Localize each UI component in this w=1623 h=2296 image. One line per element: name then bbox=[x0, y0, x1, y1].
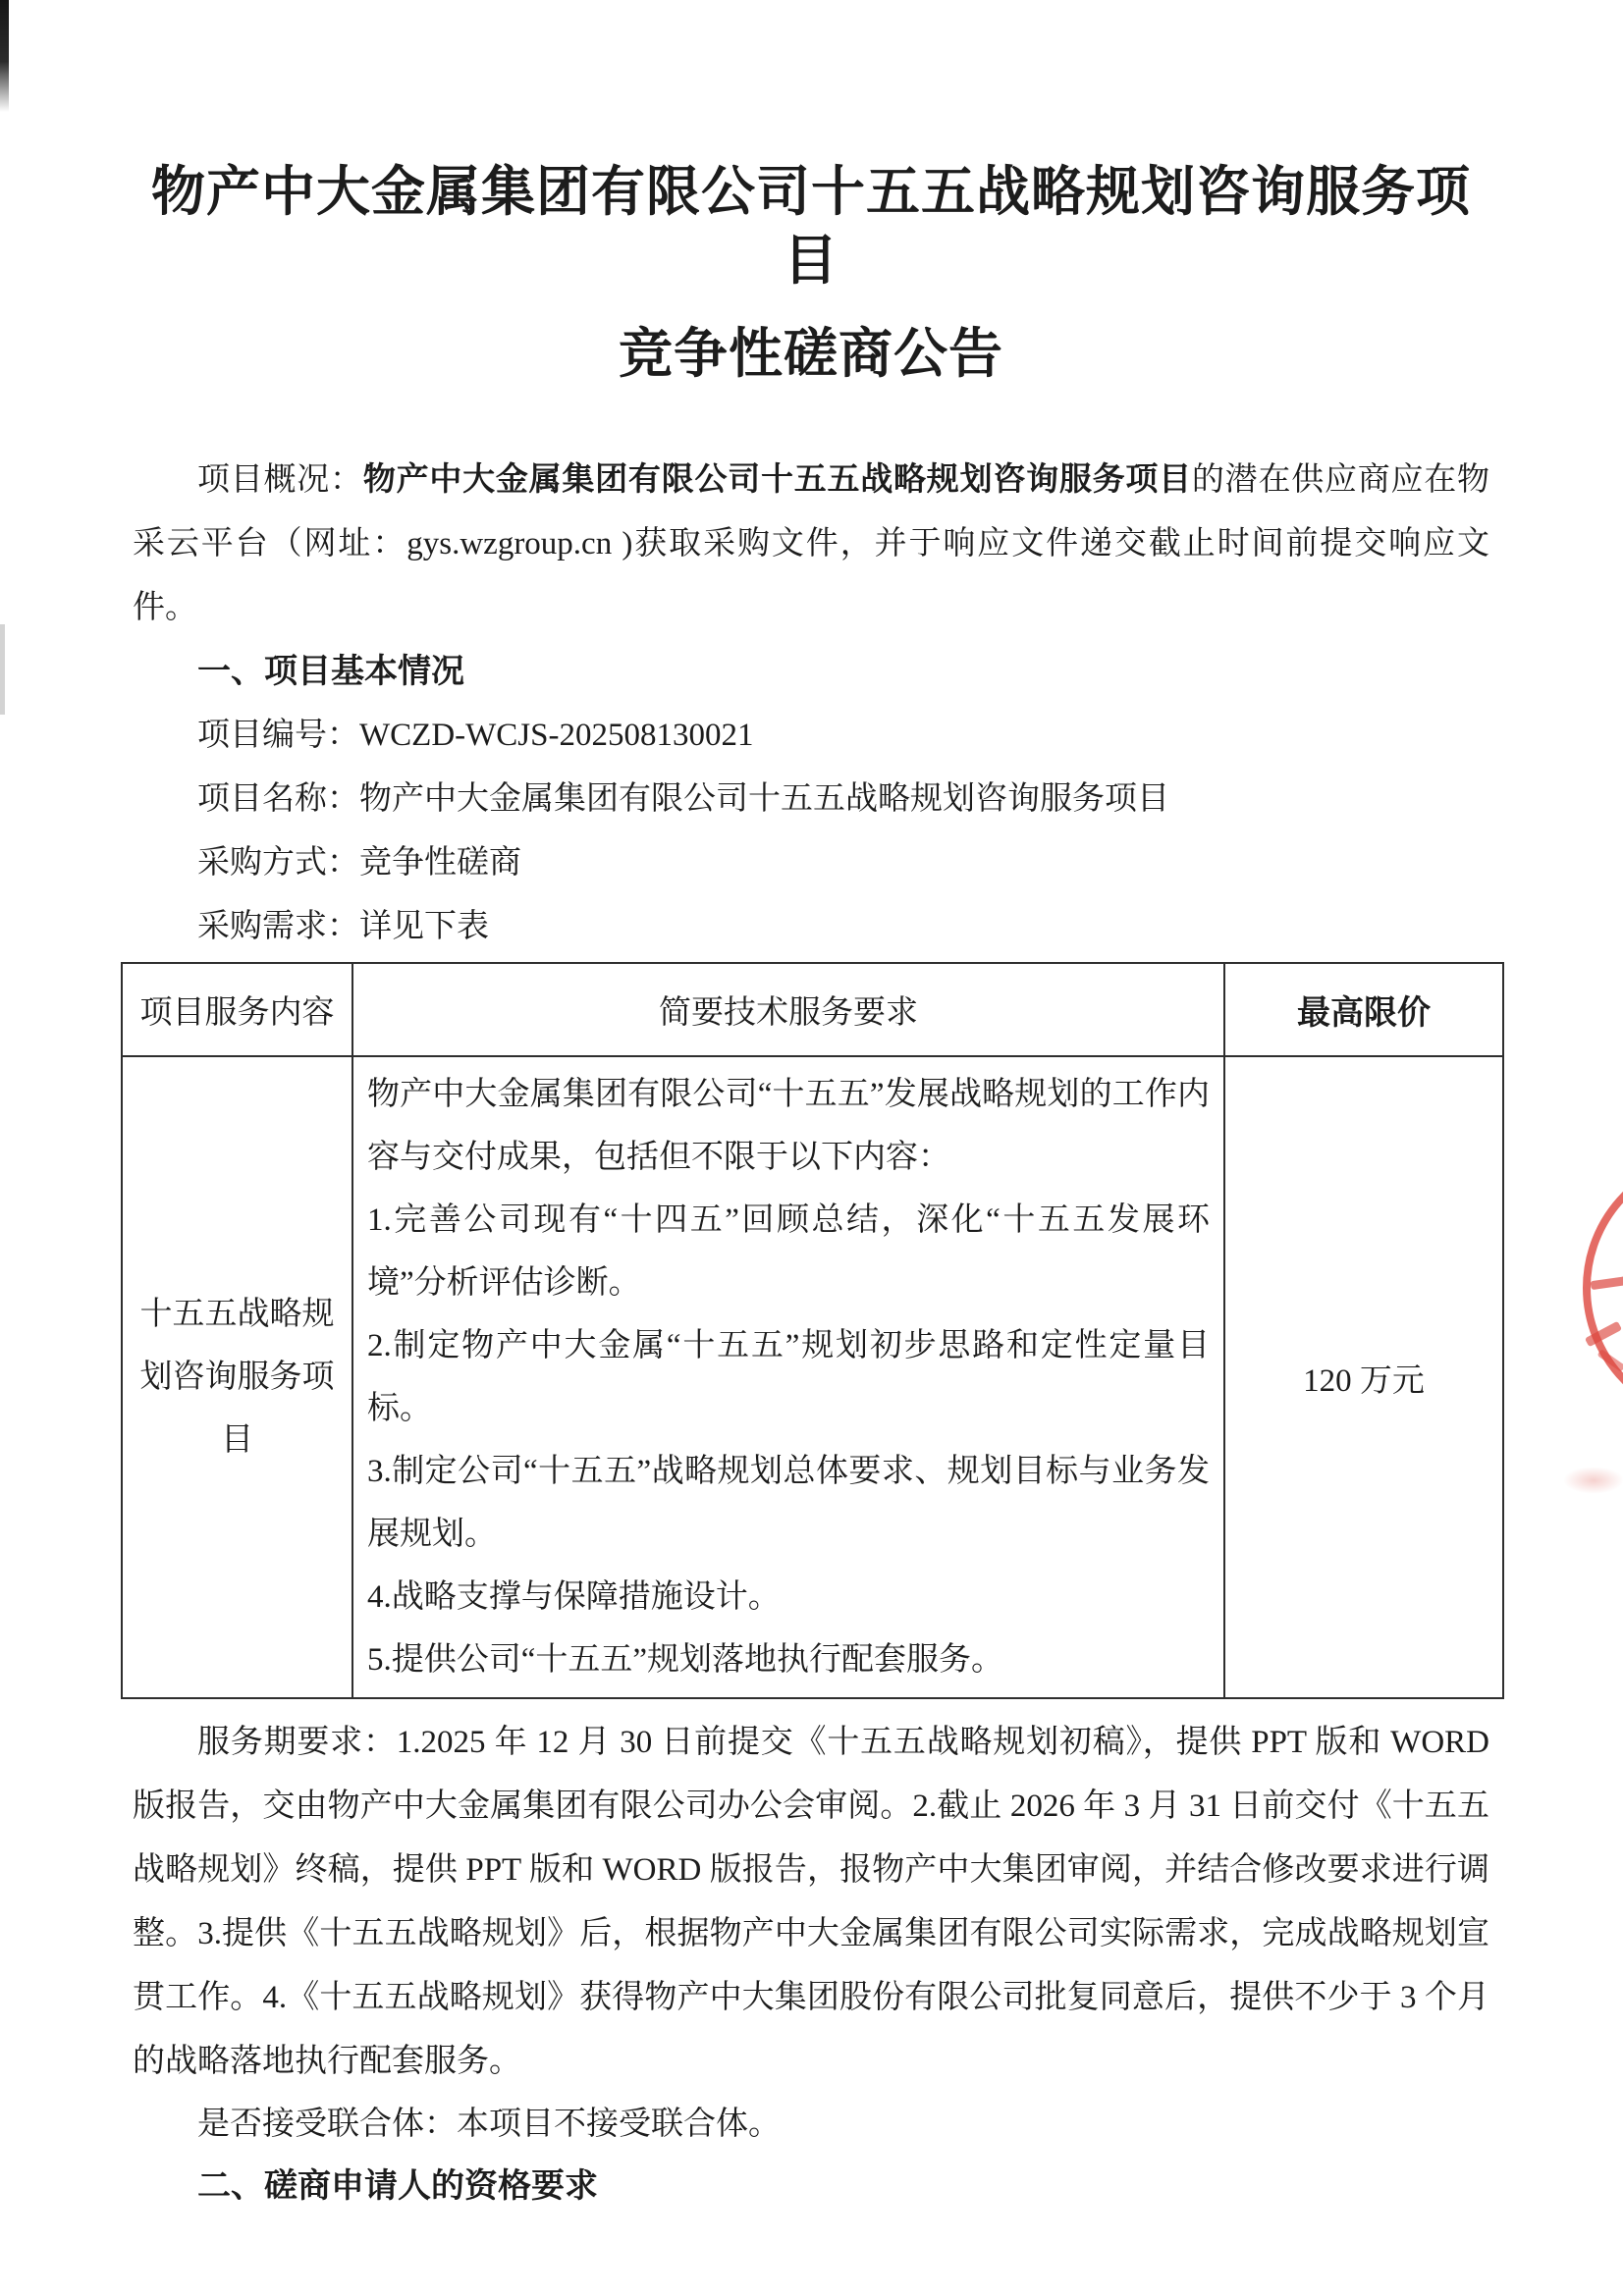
requirement-item: 5.提供公司“十五五”规划落地执行配套服务。 bbox=[367, 1629, 1210, 1691]
field-label: 项目名称： bbox=[197, 781, 359, 817]
scanned-document-page: 物产中大金属集团有限公司十五五战略规划咨询服务项目 竞争性磋商公告 项目概况：物… bbox=[0, 0, 1623, 2296]
column-header-technical-requirements: 简要技术服务要求 bbox=[352, 963, 1224, 1056]
field-project-number: 项目编号：WCZD-WCJS-202508130021 bbox=[133, 704, 1489, 768]
overview-project-name: 物产中大金属集团有限公司十五五战略规划咨询服务项目 bbox=[363, 460, 1192, 497]
field-label: 采购方式： bbox=[197, 845, 359, 881]
field-label: 项目编号： bbox=[197, 718, 359, 753]
cell-max-price: 120 万元 bbox=[1224, 1056, 1503, 1698]
field-value: WCZD-WCJS-202508130021 bbox=[359, 718, 753, 753]
cell-requirements: 物产中大金属集团有限公司“十五五”发展战略规划的工作内容与交付成果，包括但不限于… bbox=[352, 1056, 1224, 1698]
section-heading-basic-info: 一、项目基本情况 bbox=[133, 640, 1489, 704]
field-project-name: 项目名称：物产中大金属集团有限公司十五五战略规划咨询服务项目 bbox=[133, 768, 1489, 831]
requirement-item: 1.完善公司现有“十四五”回顾总结，深化“十五五发展环境”分析评估诊断。 bbox=[367, 1189, 1210, 1314]
field-value: 竞争性磋商 bbox=[359, 845, 521, 881]
requirement-item: 3.制定公司“十五五”战略规划总体要求、规划目标与业务发展规划。 bbox=[367, 1440, 1210, 1566]
requirement-item: 4.战略支撑与保障措施设计。 bbox=[367, 1566, 1210, 1629]
consortium-line: 是否接受联合体：本项目不接受联合体。 bbox=[133, 2094, 1489, 2156]
field-label: 采购需求： bbox=[197, 909, 359, 944]
table-row: 十五五战略规划咨询服务项目 物产中大金属集团有限公司“十五五”发展战略规划的工作… bbox=[122, 1056, 1503, 1698]
document-content: 物产中大金属集团有限公司十五五战略规划咨询服务项目 竞争性磋商公告 项目概况：物… bbox=[133, 0, 1489, 2217]
requirement-item: 2.制定物产中大金属“十五五”规划初步思路和定性定量目标。 bbox=[367, 1314, 1210, 1440]
scan-artifact-edge bbox=[0, 624, 5, 715]
cell-service-name: 十五五战略规划咨询服务项目 bbox=[122, 1056, 352, 1698]
service-period-paragraph: 服务期要求：1.2025 年 12 月 30 日前提交《十五五战略规划初稿》，提… bbox=[133, 1711, 1489, 2094]
section-heading-qualification: 二、磋商申请人的资格要求 bbox=[133, 2156, 1489, 2217]
field-value: 详见下表 bbox=[359, 909, 489, 944]
table-header-row: 项目服务内容 简要技术服务要求 最高限价 bbox=[122, 963, 1503, 1056]
red-seal-smudge bbox=[1563, 1467, 1623, 1494]
scan-artifact-corner bbox=[0, 0, 9, 112]
document-title-line2: 竞争性磋商公告 bbox=[133, 319, 1489, 388]
requirements-table: 项目服务内容 简要技术服务要求 最高限价 十五五战略规划咨询服务项目 物产中大金… bbox=[121, 962, 1504, 1699]
requirement-item: 物产中大金属集团有限公司“十五五”发展战略规划的工作内容与交付成果，包括但不限于… bbox=[367, 1063, 1210, 1189]
field-procurement-demand: 采购需求：详见下表 bbox=[133, 895, 1489, 959]
overview-label: 项目概况： bbox=[197, 462, 363, 498]
overview-paragraph: 项目概况：物产中大金属集团有限公司十五五战略规划咨询服务项目的潜在供应商应在物采… bbox=[133, 447, 1489, 640]
field-value: 物产中大金属集团有限公司十五五战略规划咨询服务项目 bbox=[359, 781, 1169, 817]
column-header-service-content: 项目服务内容 bbox=[122, 963, 352, 1056]
column-header-max-price: 最高限价 bbox=[1224, 963, 1503, 1056]
field-procurement-method: 采购方式：竞争性磋商 bbox=[133, 831, 1489, 895]
document-title-line1: 物产中大金属集团有限公司十五五战略规划咨询服务项目 bbox=[133, 157, 1489, 294]
